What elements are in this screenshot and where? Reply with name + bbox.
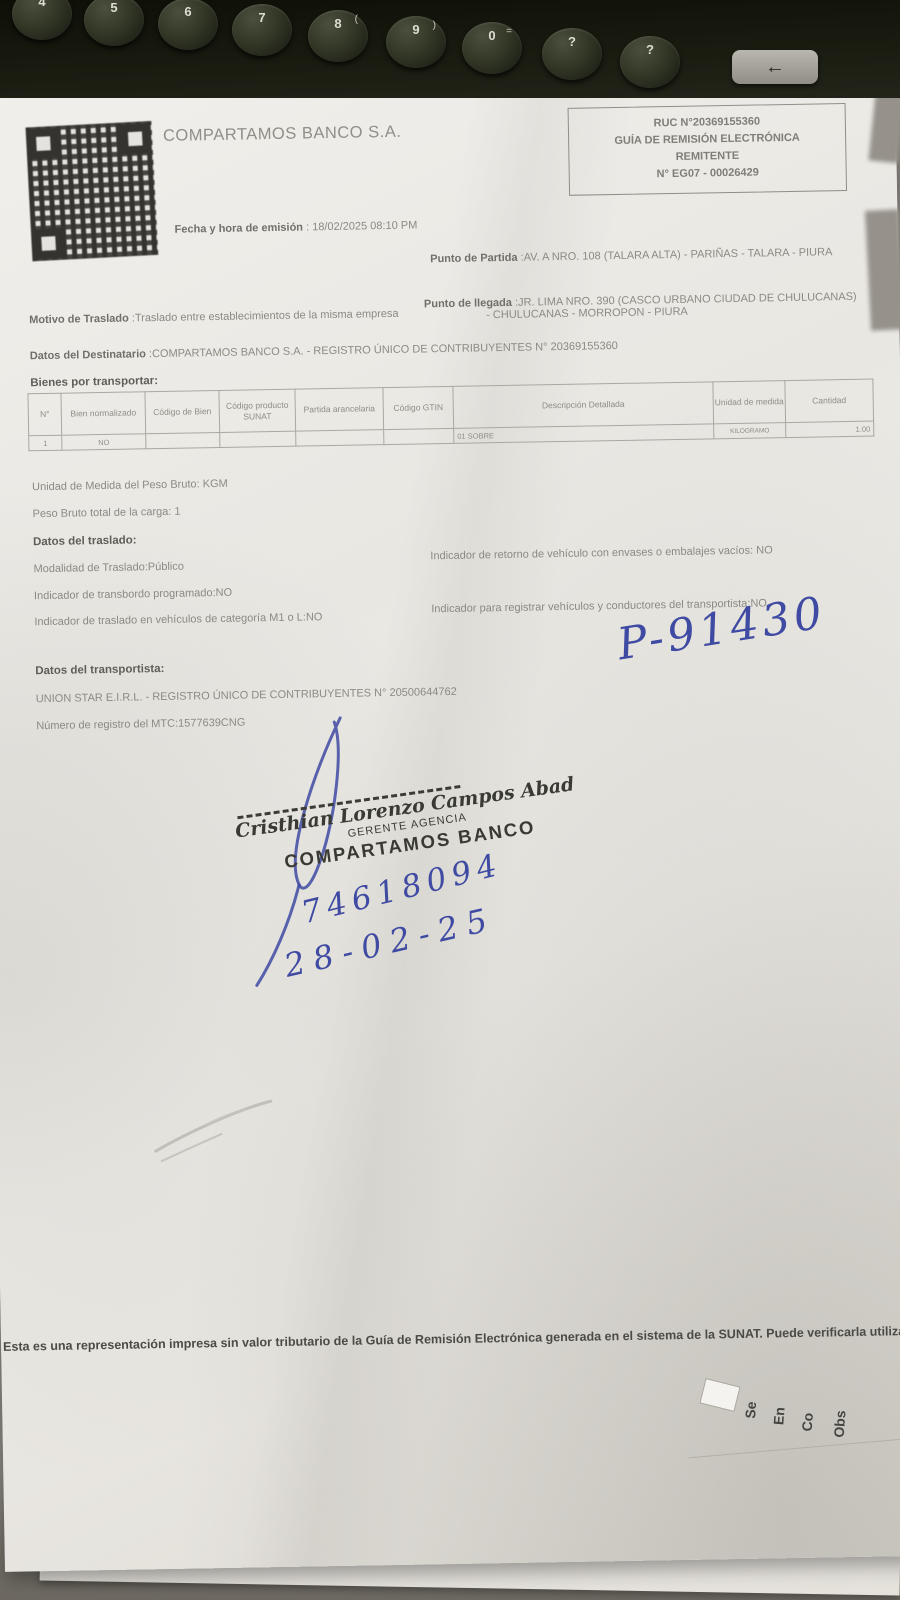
key-alt-label: (: [355, 14, 358, 25]
key-label: 0: [488, 28, 495, 43]
transshipment-indicator: Indicador de transbordo programado:NO: [34, 587, 232, 602]
arrival-point: Punto de llegada :JR. LIMA NRO. 390 (CAS…: [424, 291, 857, 323]
cell-n: 1: [29, 435, 62, 451]
empty-return-indicator: Indicador de retorno de vehículo con env…: [430, 544, 773, 562]
keyboard-key: 8(: [308, 10, 368, 62]
key-label: 9: [412, 22, 419, 37]
keyboard-key: ?: [542, 28, 602, 80]
desk-edge: [865, 209, 900, 331]
cell-good-code: [146, 432, 220, 448]
col-header: Unidad de medida: [713, 381, 786, 424]
under-sheet-label: Obs: [831, 1410, 849, 1438]
transfer-section-title: Datos del traslado:: [33, 534, 137, 548]
under-sheet-label: Se: [742, 1401, 759, 1419]
key-label: 4: [38, 0, 45, 9]
gross-weight-unit: Unidad de Medida del Peso Bruto: KGM: [32, 478, 228, 493]
qr-finder-pattern: [33, 228, 65, 260]
keyboard-strip: 4 5 6 7 8( 9) 0= ? ? ←: [0, 0, 900, 98]
keyboard-key: ?: [620, 36, 680, 88]
col-header: Código producto SUNAT: [219, 389, 296, 432]
key-label: 6: [184, 4, 191, 19]
document-id-box: RUC N°20369155360 GUÍA DE REMISIÓN ELECT…: [568, 103, 847, 196]
key-label: 8: [334, 16, 341, 31]
col-header: Código de Bien: [145, 390, 220, 433]
key-label: 5: [110, 0, 117, 15]
photo-of-document: 4 5 6 7 8( 9) 0= ? ? ← COMPARTAMOS BANCO…: [0, 0, 900, 1600]
keyboard-key: 7: [232, 4, 292, 56]
carrier-mtc-number: Número de registro del MTC:1577639CNG: [36, 717, 245, 733]
transfer-modality: Modalidad de Traslado:Público: [33, 561, 184, 576]
key-label: ?: [568, 34, 576, 49]
col-header: Código GTIN: [383, 386, 454, 429]
m1-category-indicator: Indicador de traslado en vehículos de ca…: [34, 611, 322, 628]
keyboard-key: 9): [386, 16, 446, 68]
col-header: Cantidad: [785, 379, 874, 423]
cell-normalized: NO: [62, 434, 146, 450]
sunat-disclaimer: Esta es una representación impresa sin v…: [3, 1323, 900, 1353]
col-header: Descripción Detallada: [453, 382, 714, 429]
keyboard-key: 5: [84, 0, 144, 46]
qr-code: [26, 121, 159, 261]
remission-guide-paper: COMPARTAMOS BANCO S.A. RUC N°20369155360…: [0, 72, 900, 1572]
cell-unit: KILOGRAMO: [714, 423, 786, 439]
origin-point: Punto de Partida :AV. A NRO. 108 (TALARA…: [430, 246, 832, 265]
keyboard-key: 4: [12, 0, 72, 40]
keyboard-key: 0=: [462, 22, 522, 74]
document-number: N° EG07 - 00026429: [570, 163, 846, 185]
emission-datetime: Fecha y hora de emisión : 18/02/2025 08:…: [175, 219, 418, 235]
company-name: COMPARTAMOS BANCO S.A.: [163, 123, 402, 146]
carrier-name: UNION STAR E.I.R.L. - REGISTRO ÚNICO DE …: [36, 686, 457, 705]
cell-tariff: [296, 430, 384, 447]
keyboard-key: 6: [158, 0, 218, 50]
key-alt-label: =: [506, 26, 512, 37]
under-sheet-label: En: [770, 1407, 787, 1426]
cell-qty: 1.00: [786, 421, 874, 438]
cell-gtin: [384, 428, 454, 444]
under-sheet-label: Co: [799, 1412, 816, 1432]
carrier-section-title: Datos del transportista:: [35, 663, 164, 677]
backspace-key: ←: [732, 50, 818, 84]
qr-finder-pattern: [28, 128, 60, 160]
transfer-reason: Motivo de Traslado :Traslado entre estab…: [29, 308, 399, 326]
qr-finder-pattern: [119, 123, 151, 155]
key-label: ?: [646, 42, 654, 57]
key-alt-label: ): [433, 20, 436, 31]
key-label: 7: [258, 10, 265, 25]
col-header: Bien normalizado: [61, 392, 146, 435]
goods-table: N° Bien normalizado Código de Bien Códig…: [27, 379, 874, 452]
col-header: Partida arancelaria: [295, 388, 384, 432]
cell-sunat-code: [220, 431, 296, 447]
backspace-arrow-icon: ←: [765, 56, 785, 79]
gross-weight-total: Peso Bruto total de la carga: 1: [32, 506, 180, 521]
consignee: Datos del Destinatario :COMPARTAMOS BANC…: [30, 340, 618, 362]
faint-scribble: [147, 1093, 278, 1165]
goods-section-title: Bienes por transportar:: [30, 375, 158, 389]
cell-description: 01 SOBRE: [454, 424, 714, 444]
col-header: N°: [28, 393, 62, 436]
